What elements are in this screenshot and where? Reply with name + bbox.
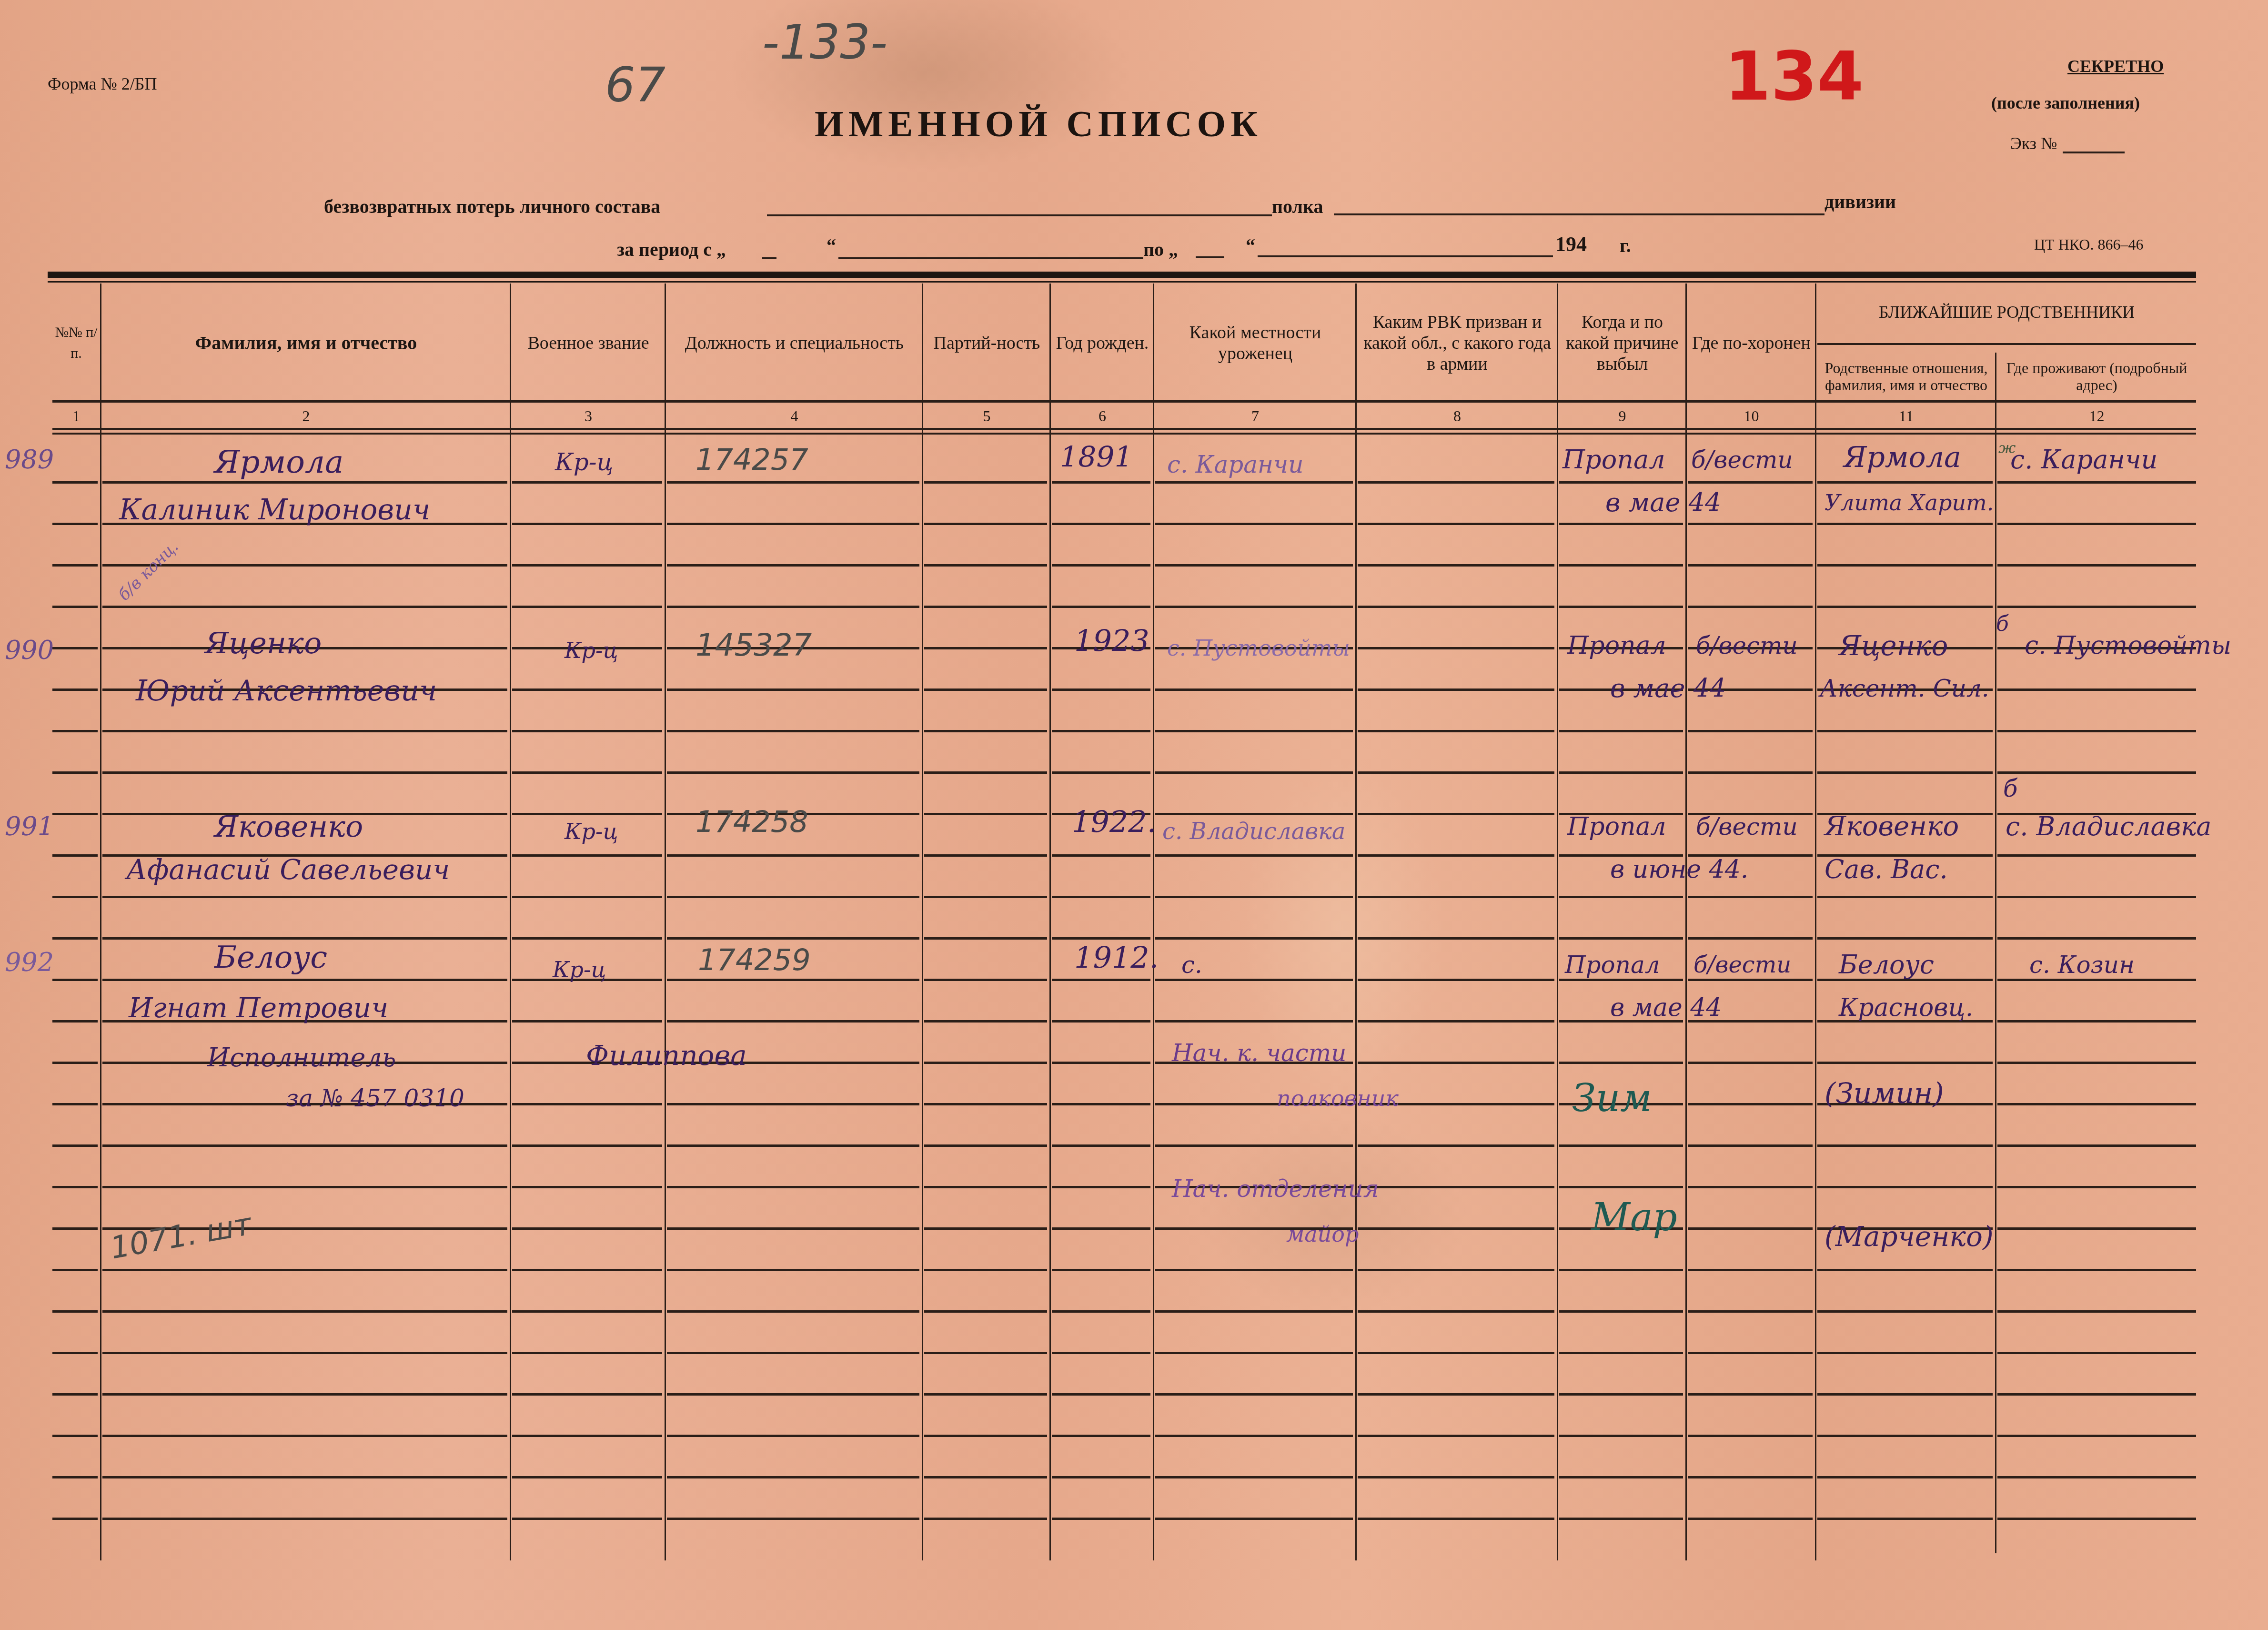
row-rule	[52, 1269, 98, 1271]
row-rule	[1688, 1062, 1813, 1064]
col-header-2: Фамилия, имя и отчество	[102, 291, 510, 395]
row-rule	[52, 688, 98, 691]
col-divider	[665, 283, 666, 1560]
row-rule	[924, 647, 1047, 649]
col-number: 12	[1997, 407, 2196, 425]
row-rule	[1559, 730, 1683, 732]
row-rule	[1997, 481, 2196, 484]
regiment-field[interactable]	[1334, 213, 1824, 215]
row-rule	[52, 1144, 98, 1147]
row-rule	[1358, 937, 1554, 940]
row-rule	[1155, 854, 1353, 857]
row-rule	[924, 1103, 1047, 1105]
row-3-position: 174258	[696, 805, 808, 839]
row-rule	[1817, 1062, 1993, 1064]
row-rule	[1052, 854, 1150, 857]
row-3-relative-mark: б	[2003, 772, 2018, 805]
row-rule	[102, 1269, 507, 1271]
row-4-surname: Белоус	[214, 941, 327, 974]
period-to-label: по „	[1143, 238, 1178, 261]
row-rule	[1559, 771, 1683, 774]
row-rule	[52, 1062, 98, 1064]
row-rule	[102, 1393, 507, 1396]
col-header-11: Родственные отношения, фамилия, имя и от…	[1817, 348, 1995, 405]
row-rule	[1817, 1435, 1993, 1437]
row-rule	[512, 481, 662, 484]
row-rule	[512, 1518, 662, 1520]
row-3-number: 991	[5, 810, 54, 843]
row-rule	[512, 771, 662, 774]
col-number: 6	[1052, 407, 1153, 425]
executor-signature: Филиппова	[586, 1039, 747, 1072]
row-rule	[1688, 564, 1813, 567]
document-title: ИМЕННОЙ СПИСОК	[815, 102, 1262, 145]
row-rule	[1052, 1518, 1150, 1520]
row-rule	[1052, 1435, 1150, 1437]
secret-label: СЕКРЕТНО	[2067, 56, 2164, 76]
row-rule	[1155, 730, 1353, 732]
row-rule	[1358, 1062, 1554, 1064]
row-rule	[52, 730, 98, 732]
row-rule	[52, 896, 98, 898]
row-rule	[667, 481, 919, 484]
row-rule	[924, 896, 1047, 898]
row-rule	[1997, 1310, 2196, 1313]
row-rule	[1997, 523, 2196, 525]
row-rule	[1155, 481, 1353, 484]
row-rule	[1559, 937, 1683, 940]
group-header-rule	[1817, 343, 2196, 345]
header-bottom-rule	[52, 400, 2196, 403]
col-header-9: Когда и по какой причине выбыл	[1559, 291, 1685, 395]
row-rule	[667, 1518, 919, 1520]
row-rule	[52, 1518, 98, 1520]
row-rule	[1688, 1186, 1813, 1188]
row-2-surname: Яценко	[205, 627, 322, 660]
row-1-surname: Ярмола	[214, 445, 343, 479]
row-4-reason: Пропал	[1565, 948, 1660, 982]
col-number: 3	[512, 407, 665, 425]
row-rule	[1817, 896, 1993, 898]
row-rule	[924, 1476, 1047, 1478]
row-4-birth-year: 1912.	[1074, 941, 1159, 974]
row-rule	[1997, 896, 2196, 898]
row-rule	[102, 896, 507, 898]
row-rule	[1155, 1352, 1353, 1354]
chief-title: Нач. к. части	[1172, 1036, 1346, 1070]
row-rule	[1817, 1310, 1993, 1313]
row-rule	[52, 1020, 98, 1023]
row-rule	[1155, 1144, 1353, 1147]
row-rule	[924, 1310, 1047, 1313]
row-rule	[1997, 1269, 2196, 1271]
row-rule	[1688, 1518, 1813, 1520]
executor-label: Исполнитель	[207, 1041, 396, 1074]
row-rule	[1358, 813, 1554, 815]
row-rule	[1052, 1186, 1150, 1188]
row-rule	[1688, 1352, 1813, 1354]
row-rule	[1052, 730, 1150, 732]
row-1-position: 174257	[696, 443, 808, 476]
row-rule	[667, 688, 919, 691]
row-rule	[924, 564, 1047, 567]
dept-name: (Марченко)	[1824, 1220, 1994, 1253]
row-2-birth-year: 1923	[1074, 624, 1149, 658]
period-quote-2: “	[1246, 234, 1255, 257]
table-body-rule	[52, 428, 2196, 430]
row-rule	[52, 606, 98, 608]
row-rule	[1052, 1020, 1150, 1023]
row-4-burial: б/вести	[1693, 948, 1791, 982]
col-header-10: Где по-хоронен	[1688, 291, 1815, 395]
row-1-burial: б/вести	[1691, 443, 1793, 476]
row-3-birth-year: 1922.	[1072, 805, 1157, 839]
row-1-number: 989	[5, 443, 54, 476]
row-2-reason-date: в мае 44	[1610, 672, 1726, 705]
row-rule	[1817, 523, 1993, 525]
row-rule	[102, 1435, 507, 1437]
row-rule	[1155, 523, 1353, 525]
row-rule	[1688, 730, 1813, 732]
row-rule	[1155, 564, 1353, 567]
col-header-1: №№ п/п.	[52, 291, 100, 395]
row-2-relative-name: Аксент. Сил.	[1820, 672, 1989, 705]
group-header-relatives: БЛИЖАЙШИЕ РОДСТВЕННИКИ	[1817, 283, 2196, 341]
division-label: дивизии	[1824, 191, 1896, 213]
row-rule	[1817, 1393, 1993, 1396]
row-rule	[102, 1144, 507, 1147]
row-4-relative-name: Красновц.	[1839, 991, 1973, 1024]
row-1-given-name: Калиник Миронович	[119, 493, 430, 526]
row-rule	[1559, 1352, 1683, 1354]
row-rule	[667, 1269, 919, 1271]
row-rule	[1358, 979, 1554, 981]
col-header-12: Где проживают (подробный адрес)	[1997, 348, 2196, 405]
row-4-given-name: Игнат Петрович	[129, 991, 388, 1024]
row-rule	[1559, 1186, 1683, 1188]
row-rule	[667, 1393, 919, 1396]
row-rule	[1052, 606, 1150, 608]
row-rule	[1052, 1352, 1150, 1354]
year-label: 194	[1555, 232, 1587, 256]
row-rule	[512, 1310, 662, 1313]
col-number: 2	[102, 407, 510, 425]
col-divider	[1049, 283, 1051, 1560]
row-rule	[1052, 1062, 1150, 1064]
row-rule	[512, 1269, 662, 1271]
row-rule	[512, 1476, 662, 1478]
row-rule	[1052, 481, 1150, 484]
row-rule	[924, 979, 1047, 981]
row-rule	[1997, 854, 2196, 857]
row-rule	[1997, 1144, 2196, 1147]
col-number: 4	[667, 407, 922, 425]
col-divider	[1355, 283, 1357, 1560]
row-rule	[667, 730, 919, 732]
row-rule	[1688, 1310, 1813, 1313]
row-3-reason-date: в июне 44.	[1610, 853, 1748, 886]
row-1-native-place: с. Каранчи	[1167, 448, 1303, 481]
row-rule	[52, 1186, 98, 1188]
row-rule	[1559, 523, 1683, 525]
col-divider	[1153, 283, 1154, 1560]
row-rule	[512, 730, 662, 732]
row-3-relative-name: Сав. Вас.	[1824, 853, 1948, 886]
row-rule	[52, 1435, 98, 1437]
row-rule	[667, 1103, 919, 1105]
row-rule	[924, 606, 1047, 608]
row-rule	[512, 1352, 662, 1354]
row-rule	[1997, 1435, 2196, 1437]
row-rule	[102, 1476, 507, 1478]
unit-field[interactable]	[767, 214, 1272, 216]
row-rule	[1358, 1310, 1554, 1313]
row-rule	[1559, 1269, 1683, 1271]
row-rule	[1817, 1476, 1993, 1478]
row-1-rank: Кр-ц	[555, 445, 614, 479]
row-rule	[924, 1393, 1047, 1396]
row-rule	[1688, 1227, 1813, 1230]
row-rule	[1688, 896, 1813, 898]
row-rule	[52, 979, 98, 981]
row-rule	[924, 1186, 1047, 1188]
row-rule	[1052, 771, 1150, 774]
row-rule	[52, 1476, 98, 1478]
secret-note: (после заполнения)	[1991, 93, 2140, 113]
archive-page-number: -133-	[762, 14, 887, 70]
row-rule	[102, 979, 507, 981]
row-rule	[1997, 1352, 2196, 1354]
row-rule	[667, 564, 919, 567]
row-rule	[52, 937, 98, 940]
row-rule	[1817, 730, 1993, 732]
row-3-rank: Кр-ц	[564, 815, 618, 848]
row-2-native-place: с. Пустовойты	[1167, 631, 1350, 665]
row-rule	[512, 688, 662, 691]
row-rule	[512, 523, 662, 525]
row-rule	[1358, 1518, 1554, 1520]
row-rule	[1817, 937, 1993, 940]
header-rule	[48, 272, 2196, 278]
col-divider	[1557, 283, 1558, 1560]
row-rule	[1358, 1352, 1554, 1354]
row-rule	[1688, 1269, 1813, 1271]
row-rule	[52, 481, 98, 484]
row-rule	[1052, 1103, 1150, 1105]
row-rule	[1559, 606, 1683, 608]
row-rule	[1358, 1144, 1554, 1147]
period-to-month[interactable]	[1258, 255, 1553, 257]
row-rule	[1155, 1435, 1353, 1437]
row-rule	[1052, 1227, 1150, 1230]
row-rule	[102, 771, 507, 774]
row-rule	[1155, 1310, 1353, 1313]
col-number: 10	[1688, 407, 1815, 425]
chief-signature: Зим	[1572, 1082, 1652, 1115]
row-rule	[1052, 896, 1150, 898]
row-rule	[1052, 937, 1150, 940]
copy-number-field[interactable]	[2063, 152, 2125, 153]
row-2-relative-mark: б	[1996, 607, 2009, 641]
col-header-4: Должность и специальность	[667, 291, 922, 395]
row-rule	[1155, 688, 1353, 691]
row-rule	[1358, 564, 1554, 567]
row-1-address: с. Каранчи	[2010, 443, 2157, 476]
row-rule	[1358, 771, 1554, 774]
row-rule	[667, 1352, 919, 1354]
row-rule	[924, 771, 1047, 774]
row-rule	[102, 937, 507, 940]
dept-title: Нач. отделения	[1172, 1172, 1379, 1205]
row-rule	[1052, 1269, 1150, 1271]
row-3-relative: Яковенко	[1824, 810, 1959, 843]
row-rule	[52, 1310, 98, 1313]
row-rule	[52, 523, 98, 525]
row-rule	[512, 1103, 662, 1105]
row-rule	[1559, 896, 1683, 898]
col-number: 1	[52, 407, 100, 425]
row-2-position: 145327	[696, 629, 812, 662]
row-rule	[667, 854, 919, 857]
col-divider	[510, 283, 511, 1560]
row-rule	[1559, 1393, 1683, 1396]
row-rule	[512, 1020, 662, 1023]
row-rule	[1559, 1435, 1683, 1437]
row-4-native-place: с.	[1181, 948, 1202, 982]
row-1-relative-name: Улита Харит.	[1824, 486, 1994, 519]
row-rule	[667, 1020, 919, 1023]
row-4-number: 992	[5, 946, 54, 979]
row-rule	[1358, 1227, 1554, 1230]
row-rule	[667, 896, 919, 898]
row-2-address: с. Пустовойты	[2025, 629, 2231, 662]
col-divider	[1815, 283, 1816, 1560]
row-rule	[924, 1269, 1047, 1271]
row-rule	[1358, 896, 1554, 898]
row-rule	[1997, 1103, 2196, 1105]
row-rule	[1817, 564, 1993, 567]
row-3-reason: Пропал	[1567, 810, 1666, 843]
row-rule	[1817, 1352, 1993, 1354]
row-rule	[924, 1144, 1047, 1147]
row-rule	[102, 481, 507, 484]
row-rule	[1358, 523, 1554, 525]
row-rule	[924, 481, 1047, 484]
row-rule	[1155, 937, 1353, 940]
row-rule	[1052, 688, 1150, 691]
row-rule	[1155, 606, 1353, 608]
row-rule	[512, 1186, 662, 1188]
row-rule	[1052, 1476, 1150, 1478]
col-header-8: Каким РВК призван и какой обл., с какого…	[1358, 291, 1557, 395]
row-rule	[1997, 1518, 2196, 1520]
col-divider	[1685, 283, 1687, 1560]
col-number: 11	[1817, 407, 1995, 425]
row-rule	[667, 979, 919, 981]
row-rule	[1155, 1518, 1353, 1520]
row-1-relative: Ярмола	[1844, 441, 1961, 474]
row-rule	[1052, 523, 1150, 525]
row-4-address: с. Козин	[2029, 948, 2135, 982]
row-rule	[1817, 606, 1993, 608]
row-rule	[1817, 1186, 1993, 1188]
dept-signature: Мар	[1591, 1201, 1677, 1234]
row-2-rank: Кр-ц	[564, 634, 618, 667]
row-rule	[1688, 523, 1813, 525]
row-rule	[667, 1186, 919, 1188]
row-rule	[52, 564, 98, 567]
row-rule	[52, 854, 98, 857]
red-archive-mark: 134	[1724, 38, 1864, 116]
row-rule	[1559, 1476, 1683, 1478]
print-code: ЦТ НКО. 866–46	[2034, 236, 2143, 253]
row-2-number: 990	[5, 634, 54, 667]
row-rule	[924, 688, 1047, 691]
row-rule	[52, 1352, 98, 1354]
col-divider	[100, 283, 101, 1560]
col-number: 9	[1559, 407, 1685, 425]
row-rule	[924, 1352, 1047, 1354]
col-header-5: Партий-ность	[924, 291, 1049, 395]
row-2-reason: Пропал	[1567, 629, 1666, 662]
row-rule	[1358, 1435, 1554, 1437]
chief-rank: полковник	[1277, 1082, 1399, 1115]
row-rule	[1997, 688, 2196, 691]
row-rule	[1559, 481, 1683, 484]
row-rule	[512, 1144, 662, 1147]
executor-ref-number: за № 457 0310	[286, 1082, 464, 1115]
row-rule	[1997, 1476, 2196, 1478]
row-rule	[52, 1227, 98, 1230]
row-rule	[512, 937, 662, 940]
row-rule	[1358, 730, 1554, 732]
row-rule	[1817, 1518, 1993, 1520]
row-rule	[102, 1186, 507, 1188]
row-3-surname: Яковенко	[214, 810, 363, 843]
row-4-position: 174259	[698, 943, 811, 977]
header-rule-thin	[48, 281, 2196, 283]
regiment-label: полка	[1272, 195, 1323, 218]
row-rule	[1052, 564, 1150, 567]
row-3-address: с. Владиславка	[2006, 810, 2212, 843]
row-rule	[1688, 771, 1813, 774]
period-to-day[interactable]	[1196, 256, 1224, 258]
row-rule	[1997, 771, 2196, 774]
period-from-label: за период с „	[617, 238, 726, 261]
col-divider	[1995, 353, 1996, 1553]
row-rule	[1052, 1393, 1150, 1396]
row-rule	[667, 1144, 919, 1147]
row-rule	[924, 523, 1047, 525]
row-rule	[1997, 730, 2196, 732]
row-rule	[1155, 1269, 1353, 1271]
period-from-month[interactable]	[838, 257, 1143, 259]
subtitle-prefix: безвозвратных потерь личного состава	[324, 195, 660, 218]
row-rule	[1358, 1476, 1554, 1478]
row-rule	[1688, 1476, 1813, 1478]
row-3-native-place: с. Владиславка	[1162, 815, 1345, 848]
row-3-given-name: Афанасий Савельевич	[126, 853, 450, 886]
row-rule	[667, 937, 919, 940]
row-rule	[924, 813, 1047, 815]
row-rule	[1688, 1435, 1813, 1437]
row-2-relative: Яценко	[1839, 629, 1948, 662]
row-rule	[52, 1103, 98, 1105]
period-from-day[interactable]	[762, 257, 776, 259]
row-rule	[924, 937, 1047, 940]
row-rule	[1997, 1393, 2196, 1396]
period-quote: “	[827, 234, 836, 257]
